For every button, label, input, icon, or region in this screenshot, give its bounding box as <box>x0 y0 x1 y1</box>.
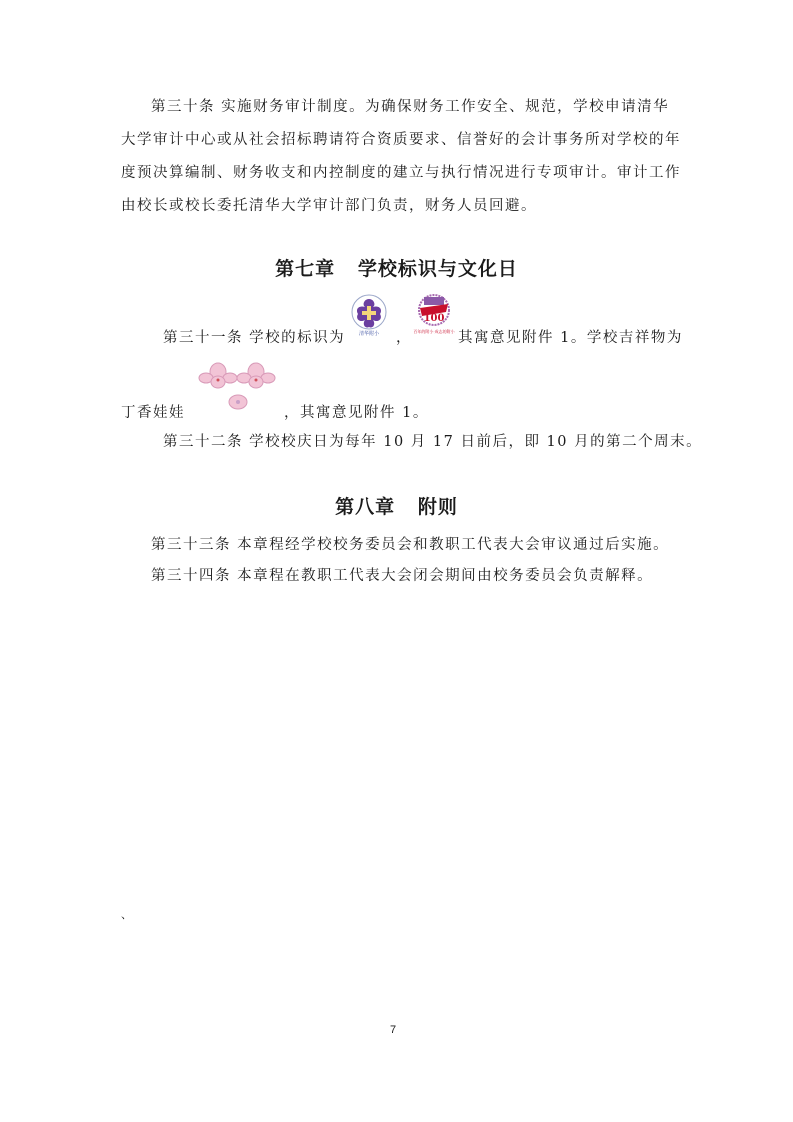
article-31-label: 第三十一条 学校的标识为 <box>163 326 345 347</box>
chapter-7-heading: 第七章 学校标识与文化日 <box>0 254 793 281</box>
article-32: 第三十二条 学校校庆日为每年 10 月 17 日前后，即 10 月的第二个周末。 <box>163 430 702 451</box>
article-30-line-2: 大学审计中心或从社会招标聘请符合资质要求、信誉好的会计事务所对学校的年 <box>121 128 681 149</box>
stray-punctuation: 、 <box>121 906 132 922</box>
mascot-lilac-doll-icon <box>196 356 280 412</box>
article-30-line-1: 第三十条 实施财务审计制度。为确保财务工作安全、规范，学校申请清华 <box>151 95 669 116</box>
chapter-8-heading: 第八章 附则 <box>0 492 793 519</box>
anniversary-logo-icon: 100 百年的附小·成志的附小 <box>410 292 458 338</box>
article-31-text: 其寓意见附件 1。学校吉祥物为 <box>458 326 683 347</box>
article-34: 第三十四条 本章程在教职工代表大会闭会期间由校务委员会负责解释。 <box>151 564 653 585</box>
article-31-mascot-text: ，其寓意见附件 1。 <box>284 401 429 422</box>
article-33: 第三十三条 本章程经学校校务委员会和教职工代表大会审议通过后实施。 <box>151 533 669 554</box>
page-number: 7 <box>390 1024 396 1036</box>
article-30-line-4: 由校长或校长委托清华大学审计部门负责，财务人员回避。 <box>121 194 537 215</box>
svg-text:百年的附小·成志的附小: 百年的附小·成志的附小 <box>413 328 455 334</box>
svg-text:清华附小: 清华附小 <box>359 330 380 337</box>
school-logo-icon: 清华附小 <box>348 293 390 337</box>
svg-text:100: 100 <box>424 313 445 324</box>
article-30-line-3: 度预决算编制、财务收支和内控制度的建立与执行情况进行专项审计。审计工作 <box>121 161 681 182</box>
article-31-mascot-label: 丁香娃娃 <box>121 401 185 422</box>
